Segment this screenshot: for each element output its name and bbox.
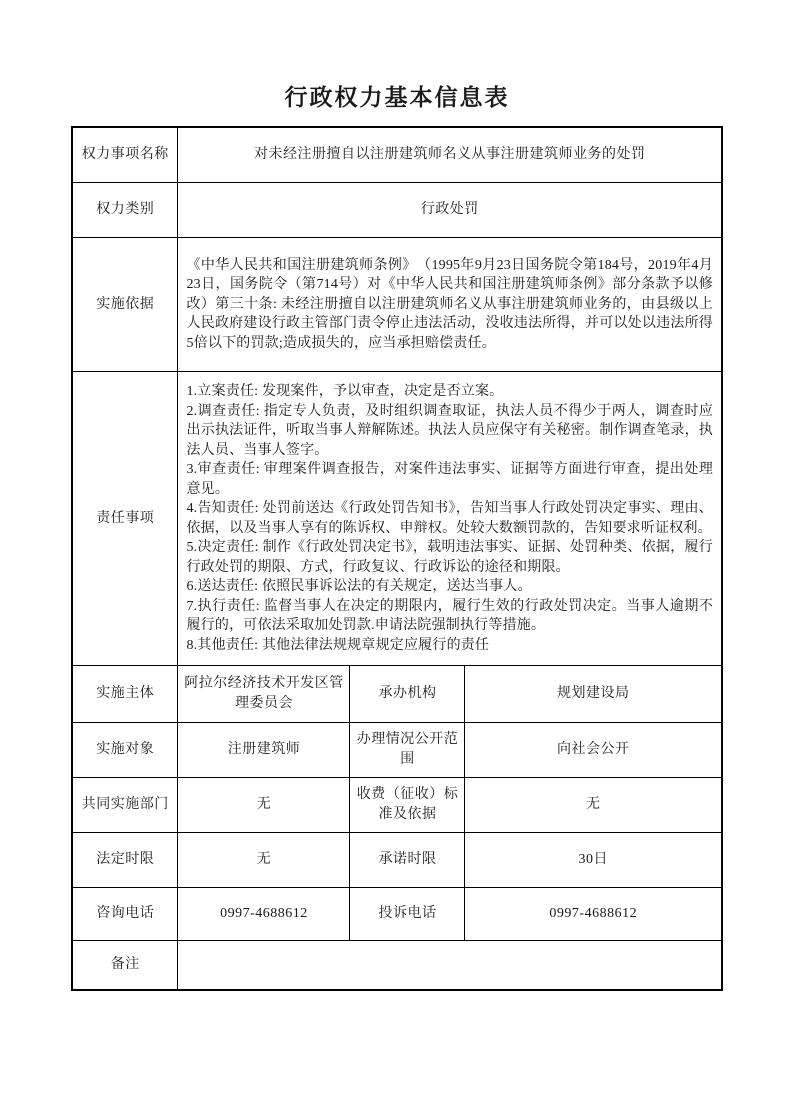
table-row: 权力事项名称 对未经注册擅自以注册建筑师名义从事注册建筑师业务的处罚 (72, 127, 722, 183)
table-row: 责任事项 1.立案责任: 发现案件，予以审查，决定是否立案。 2.调查责任: 指… (72, 372, 722, 666)
table-row: 权力类别 行政处罚 (72, 183, 722, 238)
fee-standard-label: 收费（征收）标准及依据 (350, 778, 465, 833)
implementing-body-label: 实施主体 (72, 666, 178, 723)
undertaking-agency-value: 规划建设局 (465, 666, 722, 723)
implementation-target-value: 注册建筑师 (178, 723, 350, 778)
power-item-name-value: 对未经注册擅自以注册建筑师名义从事注册建筑师业务的处罚 (178, 127, 722, 183)
statutory-time-limit-value: 无 (178, 833, 350, 888)
joint-implementation-dept-label: 共同实施部门 (72, 778, 178, 833)
power-item-name-label: 权力事项名称 (72, 127, 178, 183)
table-row: 咨询电话 0997-4688612 投诉电话 0997-4688612 (72, 888, 722, 941)
remarks-value (178, 941, 722, 991)
implementation-target-label: 实施对象 (72, 723, 178, 778)
responsibility-items-value: 1.立案责任: 发现案件，予以审查，决定是否立案。 2.调查责任: 指定专人负责… (178, 372, 722, 666)
power-category-label: 权力类别 (72, 183, 178, 238)
table-row: 法定时限 无 承诺时限 30日 (72, 833, 722, 888)
complaint-phone-value: 0997-4688612 (465, 888, 722, 941)
basic-info-table: 权力事项名称 对未经注册擅自以注册建筑师名义从事注册建筑师业务的处罚 权力类别 … (71, 126, 723, 991)
responsibility-items-label: 责任事项 (72, 372, 178, 666)
consultation-phone-value: 0997-4688612 (178, 888, 350, 941)
joint-implementation-dept-value: 无 (178, 778, 350, 833)
power-category-value: 行政处罚 (178, 183, 722, 238)
implementing-body-value: 阿拉尔经济技术开发区管理委员会 (178, 666, 350, 723)
statutory-time-limit-label: 法定时限 (72, 833, 178, 888)
table-row: 实施依据 《中华人民共和国注册建筑师条例》 （1995年9月23日国务院令第18… (72, 238, 722, 372)
disclosure-scope-value: 向社会公开 (465, 723, 722, 778)
promised-time-limit-value: 30日 (465, 833, 722, 888)
complaint-phone-label: 投诉电话 (350, 888, 465, 941)
table-row: 实施主体 阿拉尔经济技术开发区管理委员会 承办机构 规划建设局 (72, 666, 722, 723)
implementation-basis-value: 《中华人民共和国注册建筑师条例》 （1995年9月23日国务院令第184号，20… (178, 238, 722, 372)
page-title: 行政权力基本信息表 (0, 84, 794, 112)
consultation-phone-label: 咨询电话 (72, 888, 178, 941)
fee-standard-value: 无 (465, 778, 722, 833)
table-row: 备注 (72, 941, 722, 991)
table-row: 共同实施部门 无 收费（征收）标准及依据 无 (72, 778, 722, 833)
promised-time-limit-label: 承诺时限 (350, 833, 465, 888)
disclosure-scope-label: 办理情况公开范围 (350, 723, 465, 778)
document-page: 行政权力基本信息表 权力事项名称 对未经注册擅自以注册建筑师名义从事注册建筑师业… (0, 0, 794, 1108)
undertaking-agency-label: 承办机构 (350, 666, 465, 723)
table-row: 实施对象 注册建筑师 办理情况公开范围 向社会公开 (72, 723, 722, 778)
implementation-basis-label: 实施依据 (72, 238, 178, 372)
remarks-label: 备注 (72, 941, 178, 991)
